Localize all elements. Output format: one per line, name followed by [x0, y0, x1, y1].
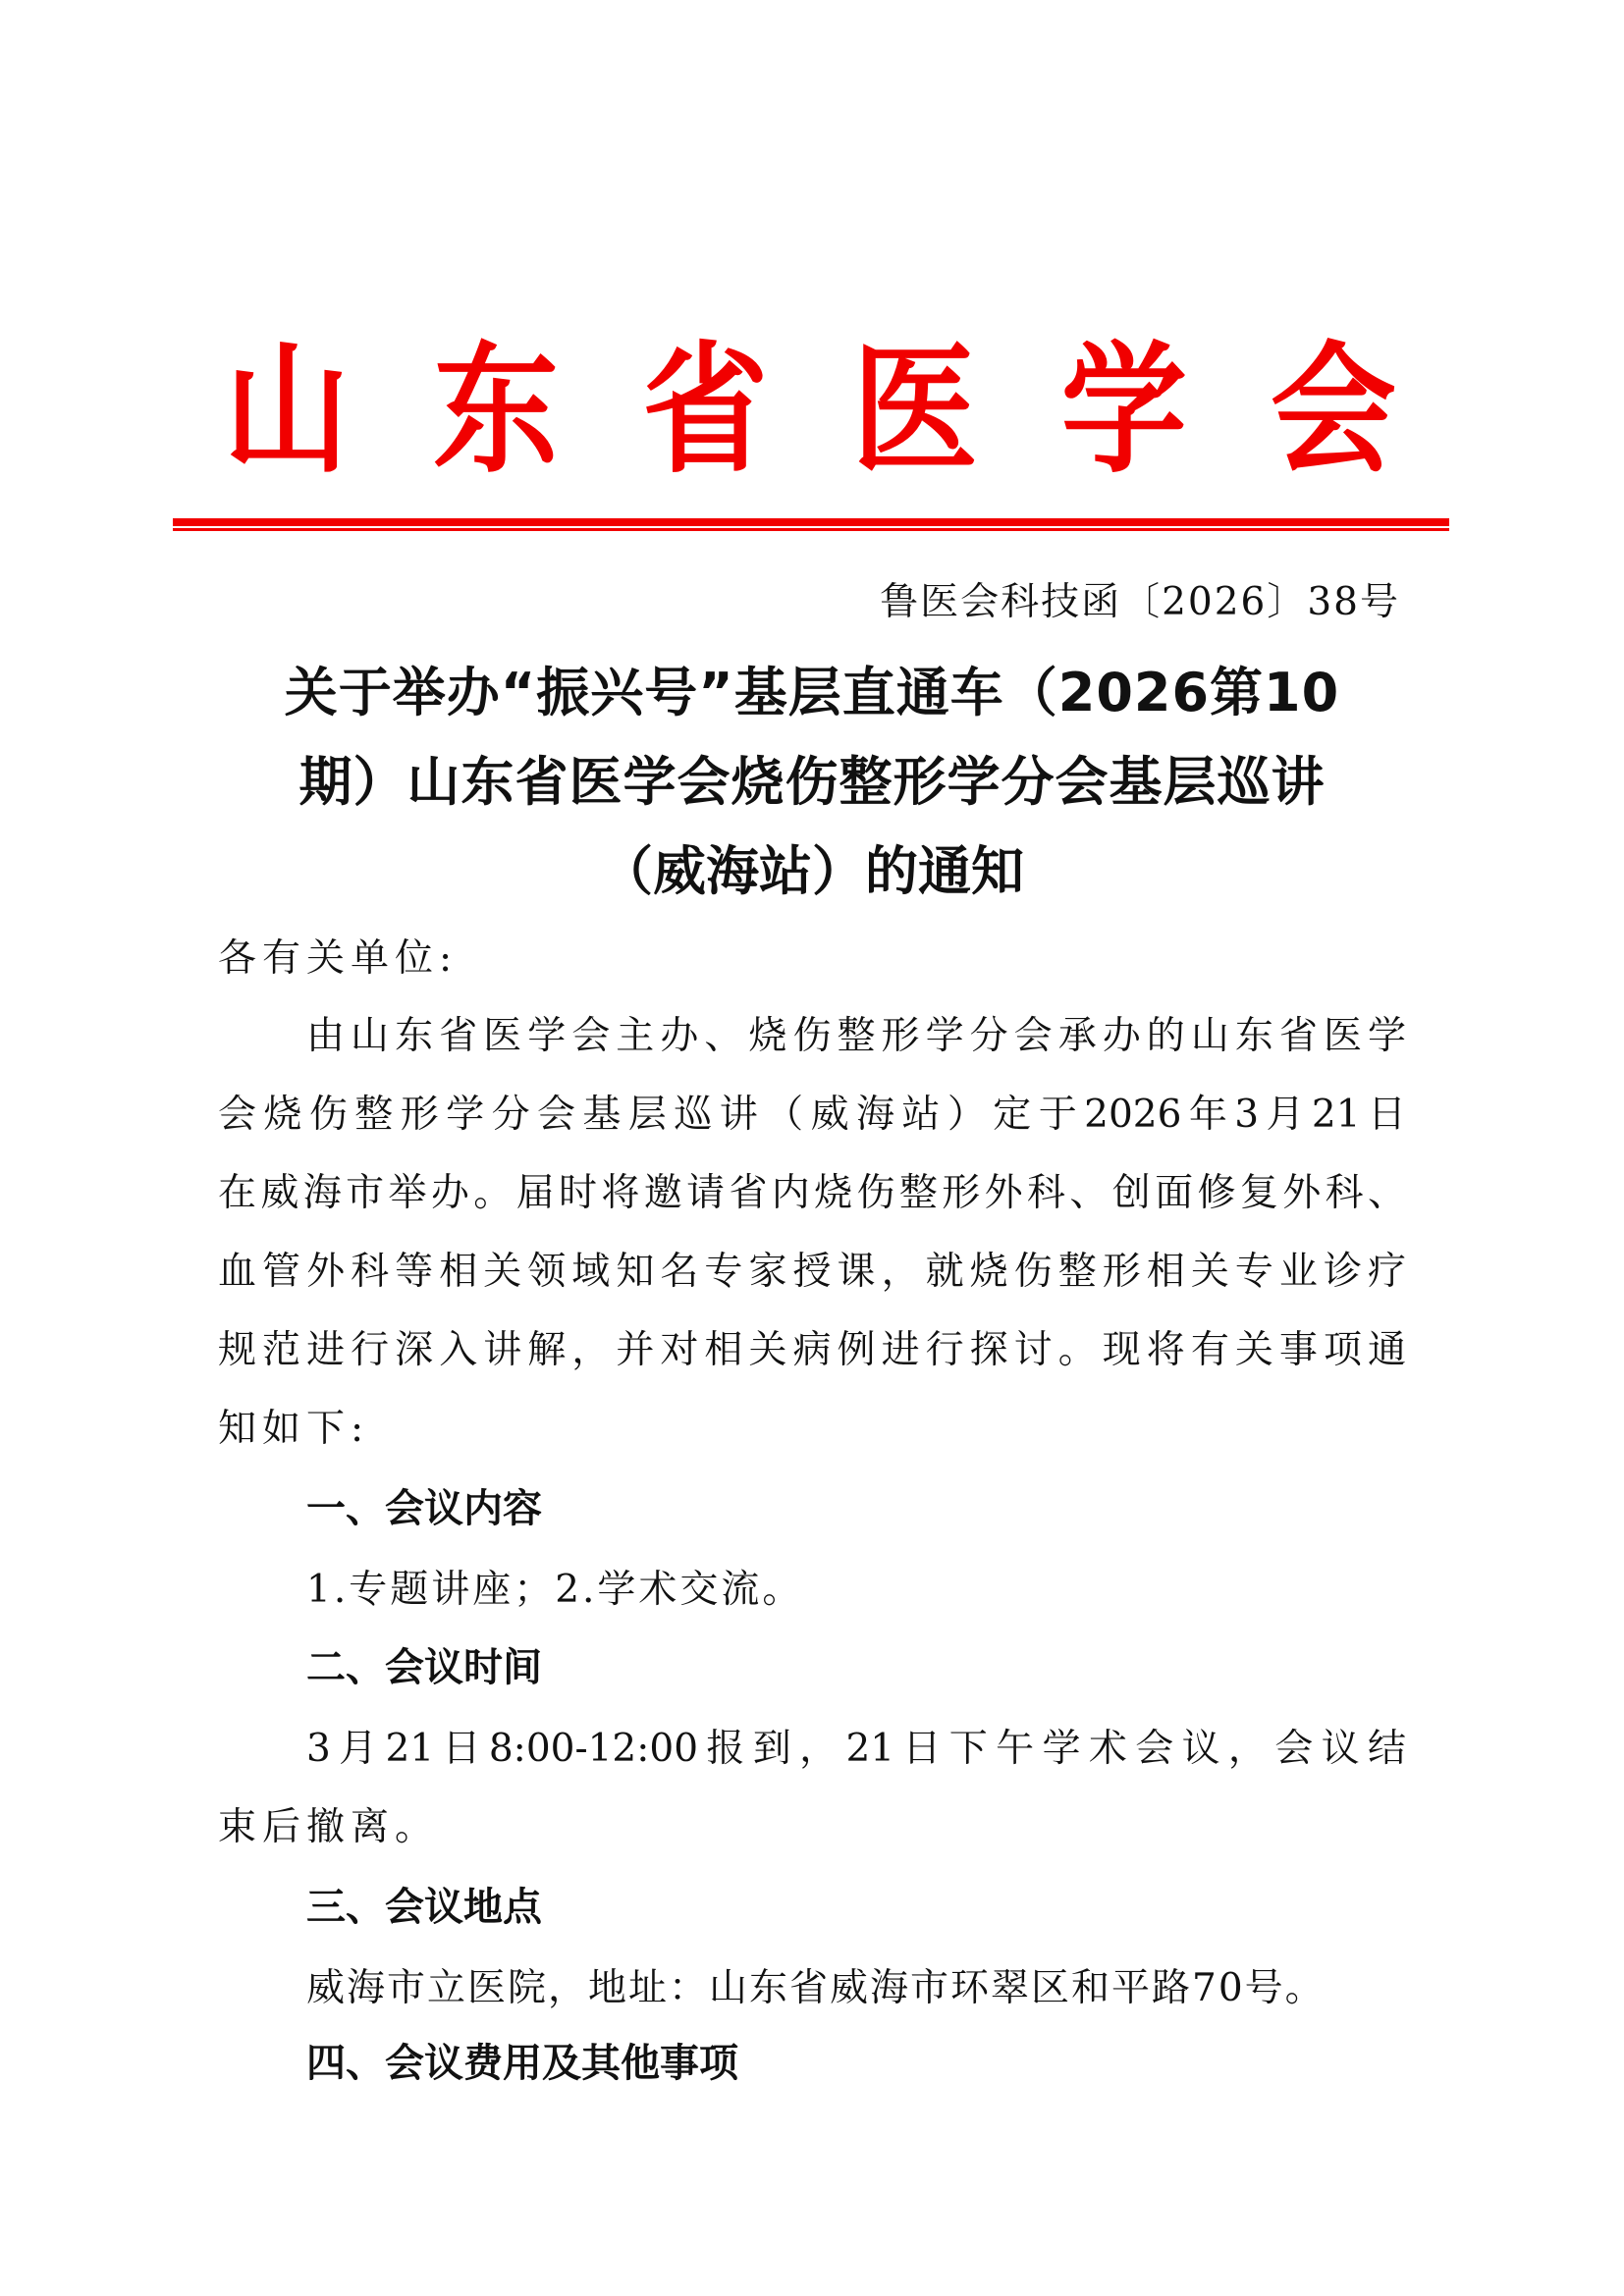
- paragraph-line: 规范进行深入讲解，并对相关病例进行探讨。现将有关事项通: [218, 1325, 1406, 1376]
- letterhead-divider-thick: [173, 518, 1449, 526]
- section-heading: 四、会议费用及其他事项: [306, 2038, 738, 2089]
- paragraph-line: 会烧伤整形学分会基层巡讲（威海站）定于2026年3月21日: [218, 1090, 1406, 1141]
- letterhead-char: 山: [224, 340, 350, 480]
- document-title: 关于举办“振兴号”基层直通车（2026第10 期）山东省医学会烧伤整形学分会基层…: [218, 648, 1406, 916]
- section-heading: 三、会议地点: [306, 1882, 542, 1933]
- letterhead-char: 会: [1271, 340, 1396, 480]
- paragraph-line: 知如下:: [218, 1404, 1406, 1455]
- section-text: 3月21日8:00-12:00报到，21日下午学术会议，会议结: [306, 1724, 1406, 1775]
- letterhead-char: 医: [852, 340, 978, 480]
- section-text: 威海市立医院，地址：山东省威海市环翠区和平路70号。: [306, 1963, 1406, 2014]
- letterhead-char: 学: [1061, 340, 1187, 480]
- title-line: 关于举办“振兴号”基层直通车（2026第10: [218, 648, 1406, 737]
- salutation: 各有关单位:: [218, 934, 1406, 985]
- document-page: 山 东 省 医 学 会 鲁医会科技函〔2026〕38号 关于举办“振兴号”基层直…: [0, 0, 1624, 2296]
- paragraph-line: 在威海市举办。届时将邀请省内烧伤整形外科、创面修复外科、: [218, 1168, 1406, 1219]
- document-number: 鲁医会科技函〔2026〕38号: [880, 579, 1400, 626]
- paragraph-line: 血管外科等相关领域知名专家授课，就烧伤整形相关专业诊疗: [218, 1247, 1406, 1298]
- title-line: （威海站）的通知: [218, 827, 1406, 916]
- section-heading: 二、会议时间: [306, 1642, 542, 1693]
- title-line: 期）山东省医学会烧伤整形学分会基层巡讲: [218, 737, 1406, 827]
- letterhead-char: 东: [433, 340, 559, 480]
- org-letterhead: 山 东 省 医 学 会: [173, 332, 1449, 489]
- section-text: 束后撤离。: [218, 1802, 1406, 1853]
- section-heading: 一、会议内容: [306, 1483, 542, 1534]
- paragraph-line: 由山东省医学会主办、烧伤整形学分会承办的山东省医学: [306, 1011, 1406, 1062]
- letterhead-char: 省: [642, 340, 768, 480]
- section-text: 1.专题讲座；2.学术交流。: [306, 1565, 1406, 1616]
- letterhead-divider-thin: [173, 528, 1449, 531]
